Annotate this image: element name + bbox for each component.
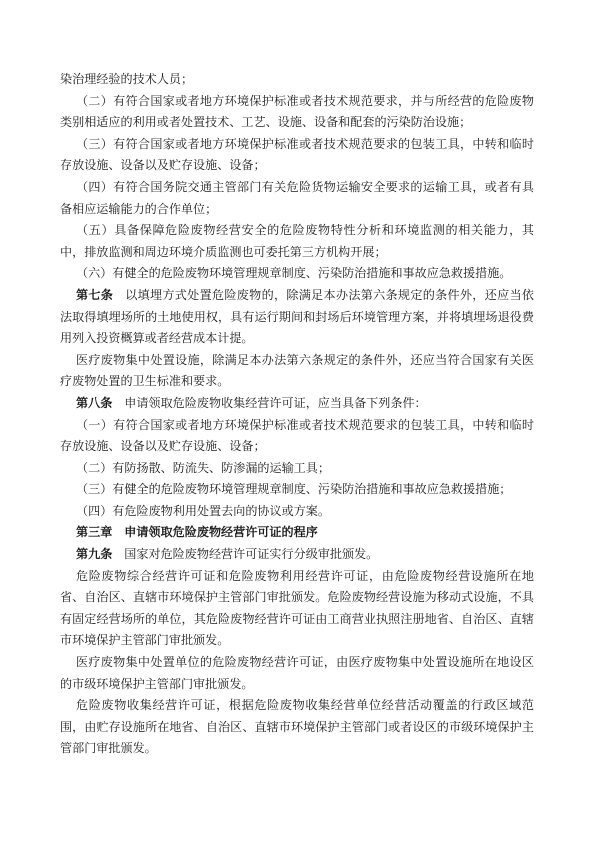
paragraph-text: 医疗废物集中处置设施，除满足本办法第六条规定的条件外，还应当符合国家有关医疗废物… bbox=[60, 353, 534, 389]
paragraph-text: （一）有符合国家或者地方环境保护标准或者技术规范要求的包装工具，中转和临时存放设… bbox=[60, 418, 534, 454]
article-number: 第七条 bbox=[76, 288, 113, 302]
paragraph: 医疗废物集中处置设施，除满足本办法第六条规定的条件外，还应当符合国家有关医疗废物… bbox=[60, 350, 534, 393]
paragraph: （三）有符合国家或者地方环境保护标准或者技术规范要求的包装工具，中转和临时存放设… bbox=[60, 134, 534, 177]
paragraph-text: （五）具备保障危险废物经营安全的危险废物特性分析和环境监测的相关能力，其中，排放… bbox=[60, 223, 534, 259]
document-page: 染治理经验的技术人员； （二）有符合国家或者地方环境保护标准或者技术规范要求，并… bbox=[0, 0, 595, 841]
paragraph: 危险废物综合经营许可证和危险废物利用经营许可证，由危险废物经营设施所在地省、自治… bbox=[60, 566, 534, 652]
paragraph-text: （三）有健全的危险废物环境管理规章制度、污染防治措施和事故应急救援措施； bbox=[76, 482, 511, 496]
document-content: 染治理经验的技术人员； （二）有符合国家或者地方环境保护标准或者技术规范要求，并… bbox=[60, 69, 534, 760]
chapter-number: 第三章 bbox=[76, 525, 112, 539]
paragraph: （四）有危险废物利用处置去向的协议或方案。 bbox=[60, 501, 534, 523]
chapter-heading: 第三章申请领取危险废物经营许可证的程序 bbox=[60, 522, 534, 544]
paragraph-article-8: 第八条申请领取危险废物收集经营许可证，应当具备下列条件： bbox=[60, 393, 534, 415]
paragraph-text: 以填埋方式处置危险废物的，除满足本办法第六条规定的条件外，还应当依法取得填埋场所… bbox=[60, 288, 534, 345]
paragraph: （四）有符合国务院交通主管部门有关危险货物运输安全要求的运输工具，或者有具备相应… bbox=[60, 177, 534, 220]
paragraph-text: 危险废物收集经营许可证，根据危险废物收集经营单位经营活动覆盖的行政区域范围，由贮… bbox=[60, 698, 534, 755]
article-number: 第九条 bbox=[76, 547, 112, 561]
paragraph-text: （四）有危险废物利用处置去向的协议或方案。 bbox=[76, 504, 330, 518]
paragraph-text: （四）有符合国务院交通主管部门有关危险货物运输安全要求的运输工具，或者有具备相应… bbox=[60, 180, 534, 216]
paragraph: （三）有健全的危险废物环境管理规章制度、污染防治措施和事故应急救援措施； bbox=[60, 479, 534, 501]
paragraph-text: （二）有符合国家或者地方环境保护标准或者技术规范要求，并与所经营的危险废物类别相… bbox=[60, 94, 534, 130]
paragraph-text: 国家对危险废物经营许可证实行分级审批颁发。 bbox=[124, 547, 378, 561]
paragraph: 危险废物收集经营许可证，根据危险废物收集经营单位经营活动覆盖的行政区域范围，由贮… bbox=[60, 695, 534, 760]
article-number: 第八条 bbox=[76, 396, 112, 410]
paragraph-text: 医疗废物集中处置单位的危险废物经营许可证，由医疗废物集中处置设施所在地设区的市级… bbox=[60, 655, 534, 691]
paragraph: 医疗废物集中处置单位的危险废物经营许可证，由医疗废物集中处置设施所在地设区的市级… bbox=[60, 652, 534, 695]
paragraph: 染治理经验的技术人员； bbox=[60, 69, 534, 91]
paragraph: （六）有健全的危险废物环境管理规章制度、污染防治措施和事故应急救援措施。 bbox=[60, 263, 534, 285]
paragraph-text: 染治理经验的技术人员； bbox=[60, 72, 193, 86]
chapter-title: 申请领取危险废物经营许可证的程序 bbox=[124, 525, 318, 539]
paragraph-text: 申请领取危险废物收集经营许可证，应当具备下列条件： bbox=[124, 396, 426, 410]
paragraph: （二）有符合国家或者地方环境保护标准或者技术规范要求，并与所经营的危险废物类别相… bbox=[60, 91, 534, 134]
paragraph-article-9: 第九条国家对危险废物经营许可证实行分级审批颁发。 bbox=[60, 544, 534, 566]
paragraph: （二）有防扬散、防流失、防渗漏的运输工具； bbox=[60, 458, 534, 480]
paragraph: （一）有符合国家或者地方环境保护标准或者技术规范要求的包装工具，中转和临时存放设… bbox=[60, 415, 534, 458]
paragraph-text: 危险废物综合经营许可证和危险废物利用经营许可证，由危险废物经营设施所在地省、自治… bbox=[60, 569, 534, 648]
paragraph: （五）具备保障危险废物经营安全的危险废物特性分析和环境监测的相关能力，其中，排放… bbox=[60, 220, 534, 263]
paragraph-text: （二）有防扬散、防流失、防渗漏的运输工具； bbox=[76, 461, 330, 475]
paragraph-text: （三）有符合国家或者地方环境保护标准或者技术规范要求的包装工具，中转和临时存放设… bbox=[60, 137, 534, 173]
paragraph-text: （六）有健全的危险废物环境管理规章制度、污染防治措施和事故应急救援措施。 bbox=[76, 266, 511, 280]
paragraph-article-7: 第七条以填埋方式处置危险废物的，除满足本办法第六条规定的条件外，还应当依法取得填… bbox=[60, 285, 534, 350]
